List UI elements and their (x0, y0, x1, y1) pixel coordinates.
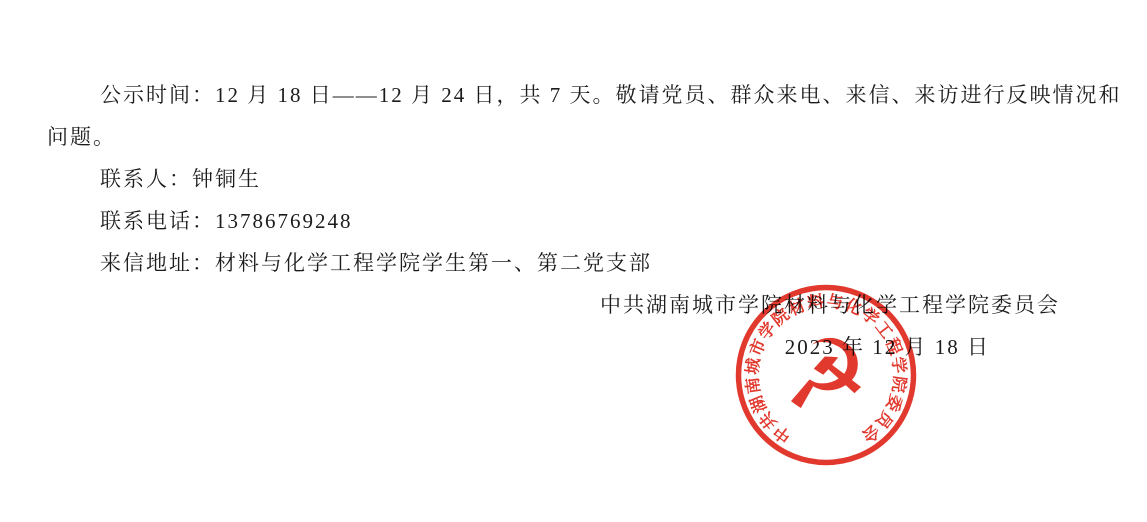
notice-paragraph: 公示时间：12 月 18 日——12 月 24 日，共 7 天。敬请党员、群众来… (47, 74, 1137, 158)
contact-person-line: 联系人：钟铜生 (47, 158, 1137, 200)
mail-address-line: 来信地址：材料与化学工程学院学生第一、第二党支部 (47, 242, 1137, 284)
signature-organization: 中共湖南城市学院材料与化学工程学院委员会 (47, 284, 1137, 326)
contact-phone-line: 联系电话：13786769248 (47, 200, 1137, 242)
signature-date: 2023 年 12 月 18 日 (47, 326, 1137, 368)
document-body: 公示时间：12 月 18 日——12 月 24 日，共 7 天。敬请党员、群众来… (0, 0, 1147, 522)
